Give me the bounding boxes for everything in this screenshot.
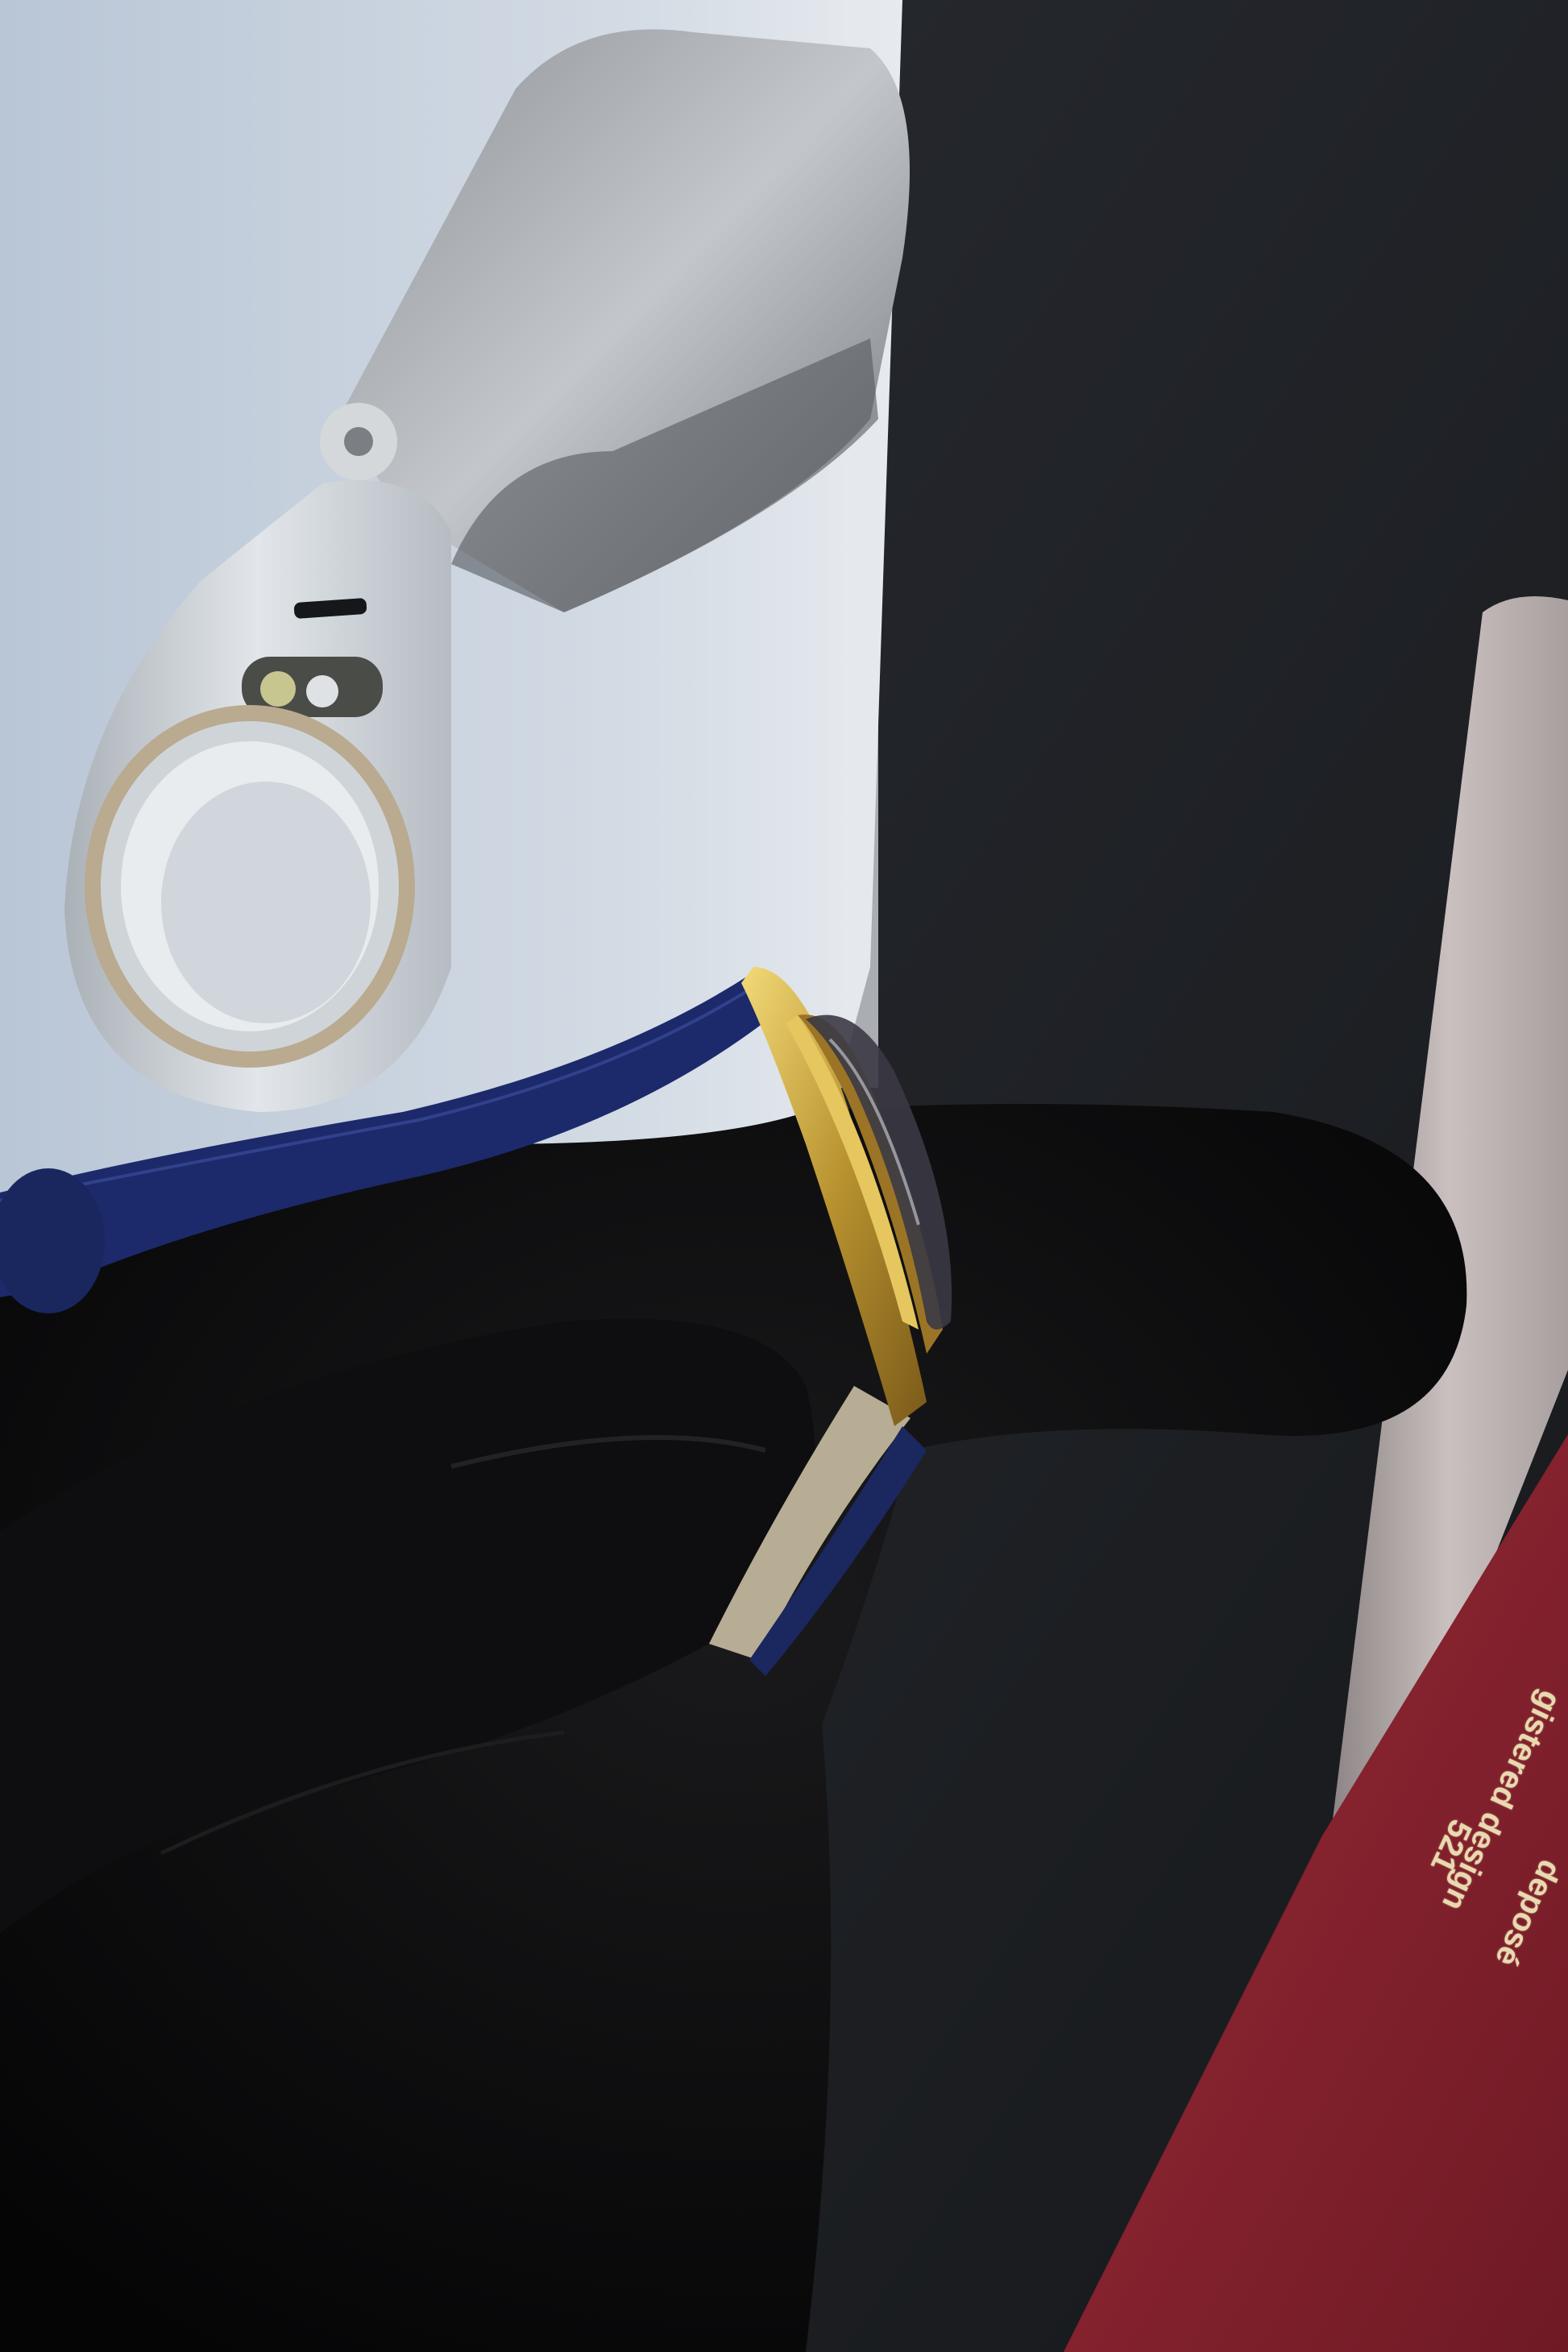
scene-illustration [0,0,1568,2352]
photo-scene: 521 gistered design deposé [0,0,1568,2352]
